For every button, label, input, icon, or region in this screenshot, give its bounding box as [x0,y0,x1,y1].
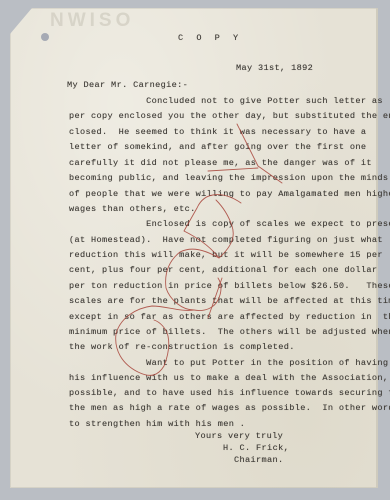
body-line: Want to put Potter in the position of ha… [69,359,390,368]
salutation: My Dear Mr. Carnegie:- [67,81,188,90]
body-line: to strengthen him with his men . [69,420,245,429]
document-viewer: NWISO C O P Y May 31st, 1892 My Dear Mr.… [0,0,390,500]
body-line: wages than others, etc. [69,205,196,214]
faint-watermark-stamp: NWISO [50,10,134,32]
body-line: per ton reduction in price of billets be… [69,282,390,291]
body-line: minimum price of billets. The others wil… [69,328,390,337]
body-line: the work of re-construction is completed… [69,343,295,352]
copy-heading: C O P Y [178,34,242,43]
body-line: Concluded not to give Potter such letter… [69,97,383,106]
body-line: (at Homestead). Have not completed figur… [69,236,383,245]
page-edge [376,8,378,488]
body-line: the men as high a rate of wages as possi… [69,404,390,413]
letter-date: May 31st, 1892 [236,64,313,73]
body-line: per copy enclosed you the other day, but… [69,112,390,121]
body-line: reduction this will make, but it will be… [69,251,383,260]
body-line: closed. He seemed to think it was necess… [69,128,366,137]
body-line: becoming public, and leaving the impress… [69,174,388,183]
letter-page [10,8,378,488]
body-line: his influence with us to make a deal wit… [69,374,390,383]
body-line: carefully it did not please me, as the d… [69,159,372,168]
signature-name: H. C. Frick, [223,444,289,453]
signature-title: Chairman. [234,456,284,465]
body-line: letter of somekind, and after going over… [69,143,366,152]
body-line: Enclosed is copy of scales we expect to … [69,220,390,229]
body-line: cent, plus four per cent, additional for… [69,266,377,275]
body-line: possible, and to have used his influence… [69,389,390,398]
body-line: scales are for the plants that will be a… [69,297,390,306]
body-line: except in so far as others are affected … [69,313,390,322]
valediction: Yours very truly [195,432,283,441]
body-line: of people that we were willing to pay Am… [69,190,390,199]
hole-punch-icon [41,33,49,41]
